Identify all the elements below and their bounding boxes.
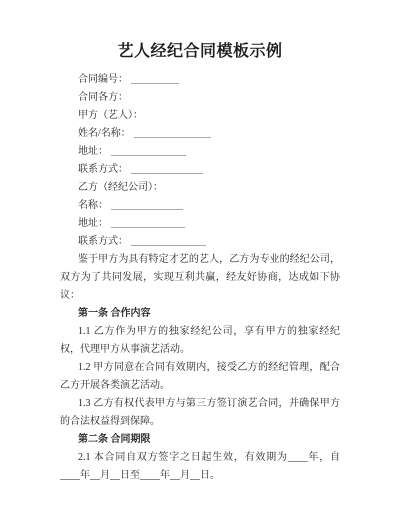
contract-document-page: 艺人经纪合同模板示例 合同编号： 合同各方： 甲方（艺人）： 姓名/名称： 地址… — [0, 0, 400, 517]
clause-1-3: 1.3 乙方有权代表甲方与第三方签订演艺合同，并确保甲方的合法权益得到保障。 — [60, 395, 340, 431]
document-body: 合同编号： 合同各方： 甲方（艺人）： 姓名/名称： 地址： 联系方式： 乙方（… — [60, 71, 340, 485]
document-title: 艺人经纪合同模板示例 — [60, 42, 340, 62]
clause-2-1: 2.1 本合同自双方签字之日起生效，有效期为____年，自____年__月__日… — [60, 449, 340, 485]
party-b-address-label: 地址： — [78, 218, 108, 229]
clause-1-1: 1.1 乙方作为甲方的独家经纪公司，享有甲方的独家经纪权，代理甲方从事演艺活动。 — [60, 323, 340, 359]
party-b-name-label: 名称： — [78, 200, 108, 211]
field-row-party-a: 甲方（艺人）： — [60, 107, 340, 125]
field-row-party-a-contact: 联系方式： — [60, 161, 340, 179]
field-row-party-b-name: 名称： — [60, 197, 340, 215]
party-a-name-label: 姓名/名称： — [78, 128, 131, 139]
party-a-name-blank-line — [134, 128, 211, 138]
party-a-contact-label: 联系方式： — [78, 164, 128, 175]
field-row-party-a-address: 地址： — [60, 143, 340, 161]
contract-number-label: 合同编号： — [78, 74, 128, 85]
party-b-address-blank-line — [111, 218, 185, 228]
field-row-parties: 合同各方： — [60, 89, 340, 107]
field-row-party-b: 乙方（经纪公司）： — [60, 179, 340, 197]
contract-number-blank-line — [131, 74, 179, 84]
party-b-contact-blank-line — [131, 236, 206, 246]
party-b-label: 乙方（经纪公司）： — [78, 182, 163, 193]
party-a-address-blank-line — [111, 146, 186, 156]
party-a-address-label: 地址： — [78, 146, 108, 157]
preamble-paragraph: 鉴于甲方为具有特定才艺的艺人，乙方为专业的经纪公司，双方为了共同发展，实现互利共… — [60, 251, 340, 305]
clause-1-2: 1.2 甲方同意在合同有效期内，接受乙方的经纪管理，配合乙方开展各类演艺活动。 — [60, 359, 340, 395]
field-row-party-a-name: 姓名/名称： — [60, 125, 340, 143]
parties-label: 合同各方： — [78, 92, 128, 103]
party-b-contact-label: 联系方式： — [78, 236, 128, 247]
party-b-name-blank-line — [111, 200, 183, 210]
party-a-contact-blank-line — [131, 164, 203, 174]
section-1-heading: 第一条 合作内容 — [60, 305, 340, 323]
field-row-contract-number: 合同编号： — [60, 71, 340, 89]
party-a-label: 甲方（艺人）： — [78, 110, 143, 121]
section-2-heading: 第二条 合同期限 — [60, 431, 340, 449]
field-row-party-b-contact: 联系方式： — [60, 233, 340, 251]
field-row-party-b-address: 地址： — [60, 215, 340, 233]
